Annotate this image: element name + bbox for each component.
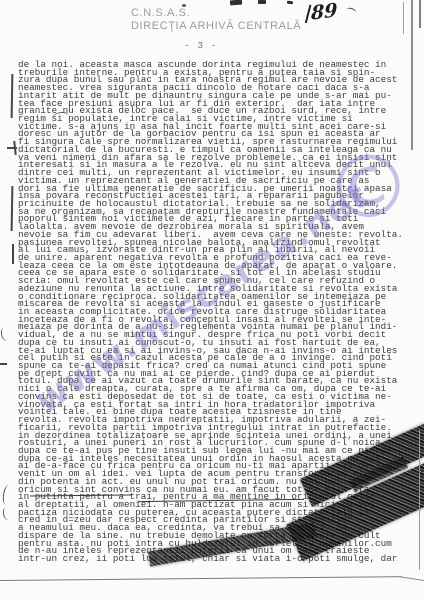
body-line: intr-un crez, ii poti lua totul, chiar s… (18, 555, 410, 563)
scan-speck (182, 4, 186, 7)
page-bottom-edge-hook (398, 576, 424, 581)
scan-edge-line (403, 2, 404, 34)
scan-speck (230, 0, 242, 5)
page-bottom-edge-line (0, 576, 402, 581)
header-stamp: C.N.S.A.S. DIRECŢIA ARHIVĂ CENTRALĂ (131, 7, 301, 32)
margin-pen-paren (2, 506, 13, 520)
margin-pen-squiggle (1, 484, 13, 505)
org-name: C.N.S.A.S. (131, 7, 301, 20)
scan-speck (287, 1, 293, 5)
page-number: - 3 - (184, 40, 218, 51)
department-name: DIRECŢIA ARHIVĂ CENTRALĂ (131, 20, 301, 33)
scan-edge-line (419, 430, 420, 570)
scan-edge-line (419, 0, 421, 28)
scan-edge-line (411, 0, 413, 150)
scanned-document-page: C.N.S.A.S. DIRECŢIA ARHIVĂ CENTRALĂ 89 -… (0, 0, 424, 600)
margin-pen-paren (0, 326, 12, 342)
scan-speck (258, 0, 266, 4)
pen-tick-mark (345, 7, 356, 16)
margin-pen-line (11, 74, 14, 118)
margin-pen-line (12, 244, 14, 264)
handwritten-page-number: 89 (311, 0, 338, 25)
margin-pen-dash (0, 363, 7, 365)
margin-pen-line (11, 186, 14, 231)
